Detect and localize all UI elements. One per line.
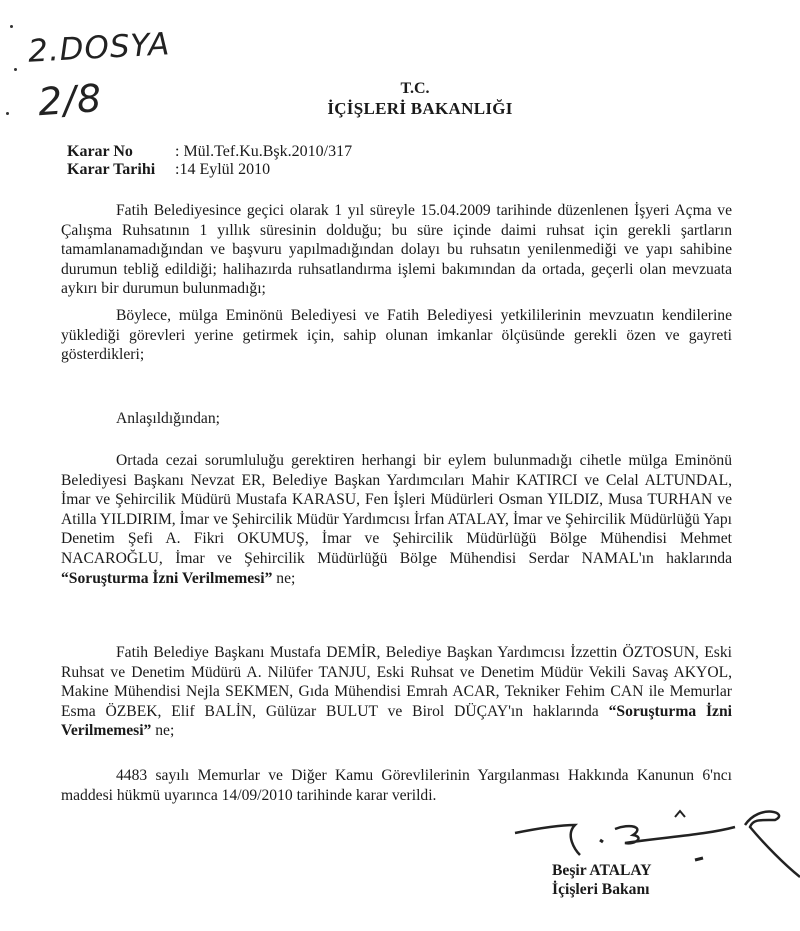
paragraph-text: Ortada cezai sorumluluğu gerektiren herh… xyxy=(61,452,732,567)
decision-number-value: : Mül.Tef.Ku.Bşk.2010/317 xyxy=(175,143,352,160)
paragraph-eminonu-decision: Ortada cezai sorumluluğu gerektiren herh… xyxy=(61,451,732,588)
signatory-name: Beşir ATALAY xyxy=(552,862,652,880)
paragraph-license: Fatih Belediyesince geçici olarak 1 yıl … xyxy=(61,201,732,299)
decision-number-label: Karar No xyxy=(67,143,175,161)
paragraph-fatih-decision: Fatih Belediye Başkanı Mustafa DEMİR, Be… xyxy=(61,643,732,741)
decision-date: Karar Tarihi:14 Eylül 2010 xyxy=(67,161,270,179)
handwritten-page-note: 2/8 xyxy=(37,76,104,124)
paragraph-understood: Anlaşıldığından; xyxy=(61,409,732,429)
scan-speck xyxy=(14,68,17,71)
scan-speck xyxy=(6,112,9,115)
paragraph-end: ne; xyxy=(151,722,174,739)
ministry-header: İÇİŞLERİ BAKANLIĞI xyxy=(300,99,540,119)
state-header: T.C. xyxy=(365,80,465,98)
handwritten-file-note: 2.DOSYA xyxy=(27,26,171,69)
decision-date-label: Karar Tarihi xyxy=(67,161,175,179)
decision-number: Karar No: Mül.Tef.Ku.Bşk.2010/317 xyxy=(67,143,352,161)
decision-date-value: :14 Eylül 2010 xyxy=(175,161,270,178)
paragraph-legal-basis: 4483 sayılı Memurlar ve Diğer Kamu Görev… xyxy=(61,766,732,805)
signature-scribble-icon xyxy=(505,805,800,885)
decision-phrase: “Soruşturma İzni Verilmemesi” xyxy=(61,570,272,587)
paragraph-diligence: Böylece, mülga Eminönü Belediyesi ve Fat… xyxy=(61,306,732,365)
paragraph-end: ne; xyxy=(272,570,295,587)
signatory-title: İçişleri Bakanı xyxy=(552,881,649,899)
scan-speck xyxy=(10,25,13,28)
